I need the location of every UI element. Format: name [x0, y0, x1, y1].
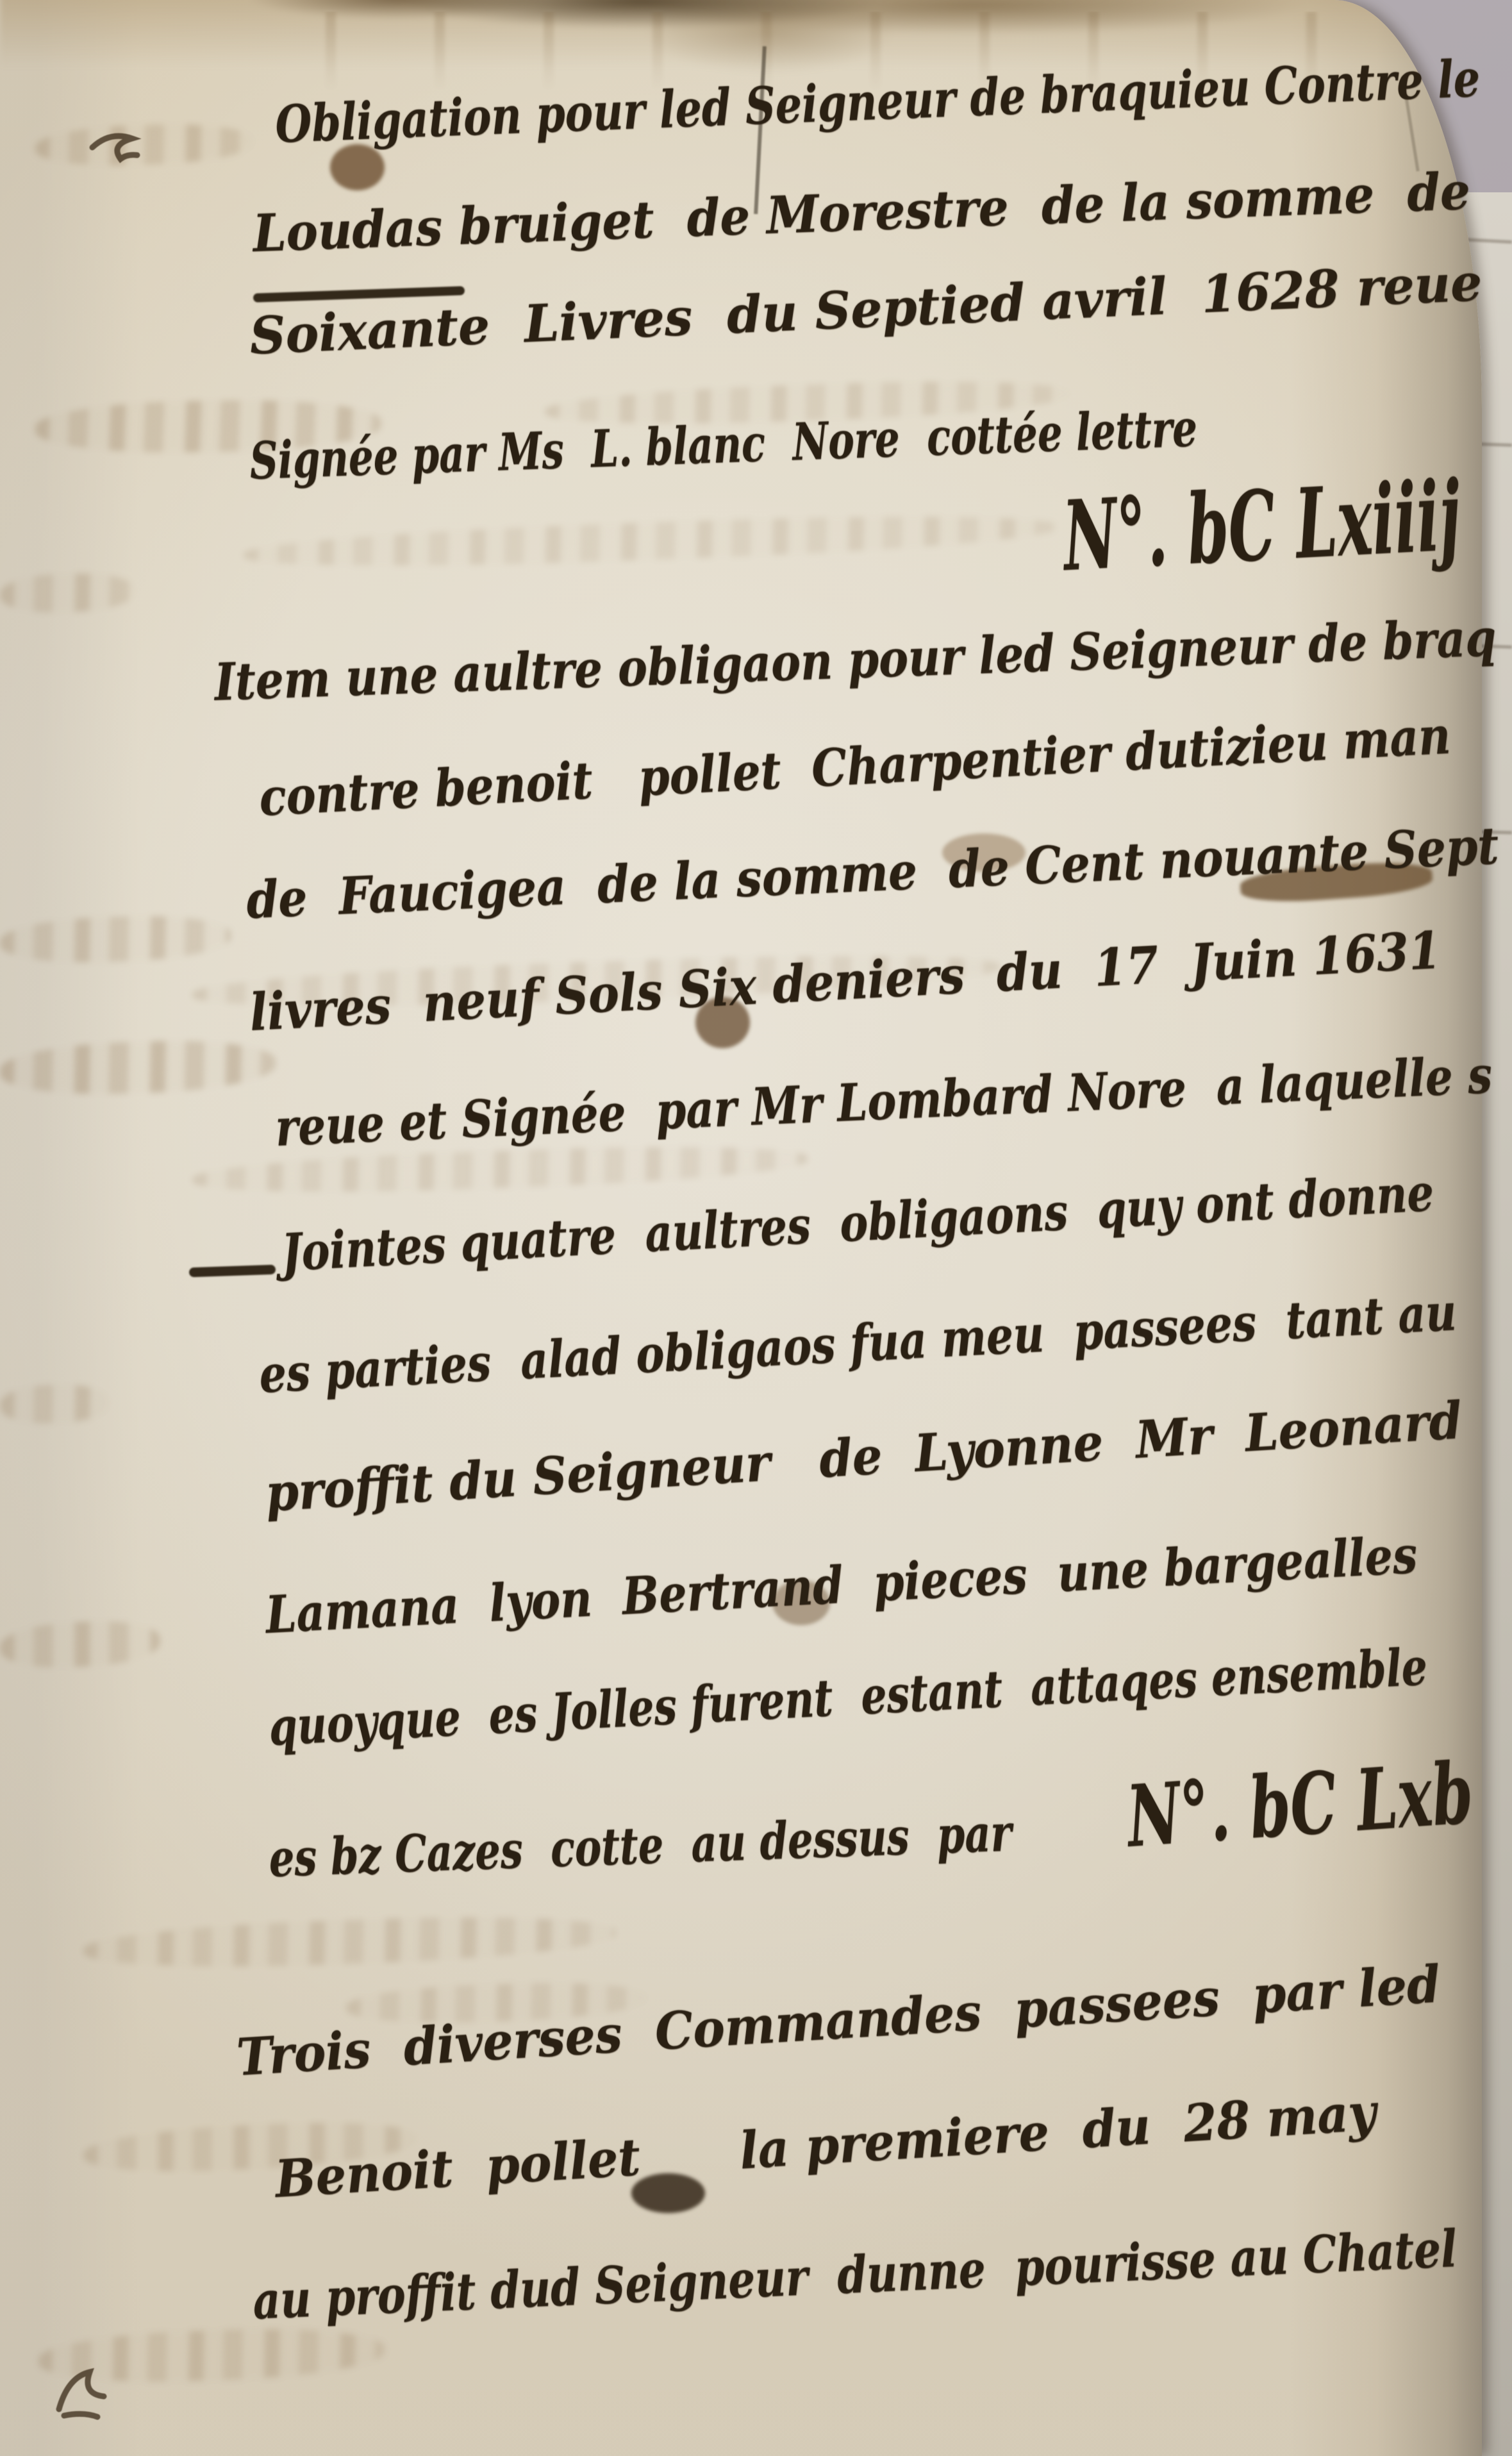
bleedthrough-ghost-line: [0, 1383, 110, 1425]
bleedthrough-ghost-line: [35, 121, 254, 169]
folio-number-first: N°. bC Lxiiij: [1061, 464, 1463, 590]
bleedthrough-ghost-line: [0, 1618, 162, 1671]
bleedthrough-ghost-line: [38, 2325, 385, 2387]
bleedthrough-ghost-line: [0, 913, 231, 966]
margin-squiggle-mark: [88, 126, 165, 164]
photograph-of-manuscript: Obligation pour led Seigneur de braquieu…: [0, 0, 1512, 2456]
bleedthrough-ghost-line: [83, 1911, 616, 1973]
bleedthrough-ghost-line: [0, 571, 135, 614]
corner-squiggle-mark: [51, 2359, 122, 2423]
bleedthrough-ghost-line: [243, 508, 1058, 574]
margin-dash: [189, 1265, 276, 1278]
bleedthrough-ghost-line: [0, 1037, 276, 1098]
folio-number-second: N°. bC Lxb: [1124, 1747, 1476, 1864]
